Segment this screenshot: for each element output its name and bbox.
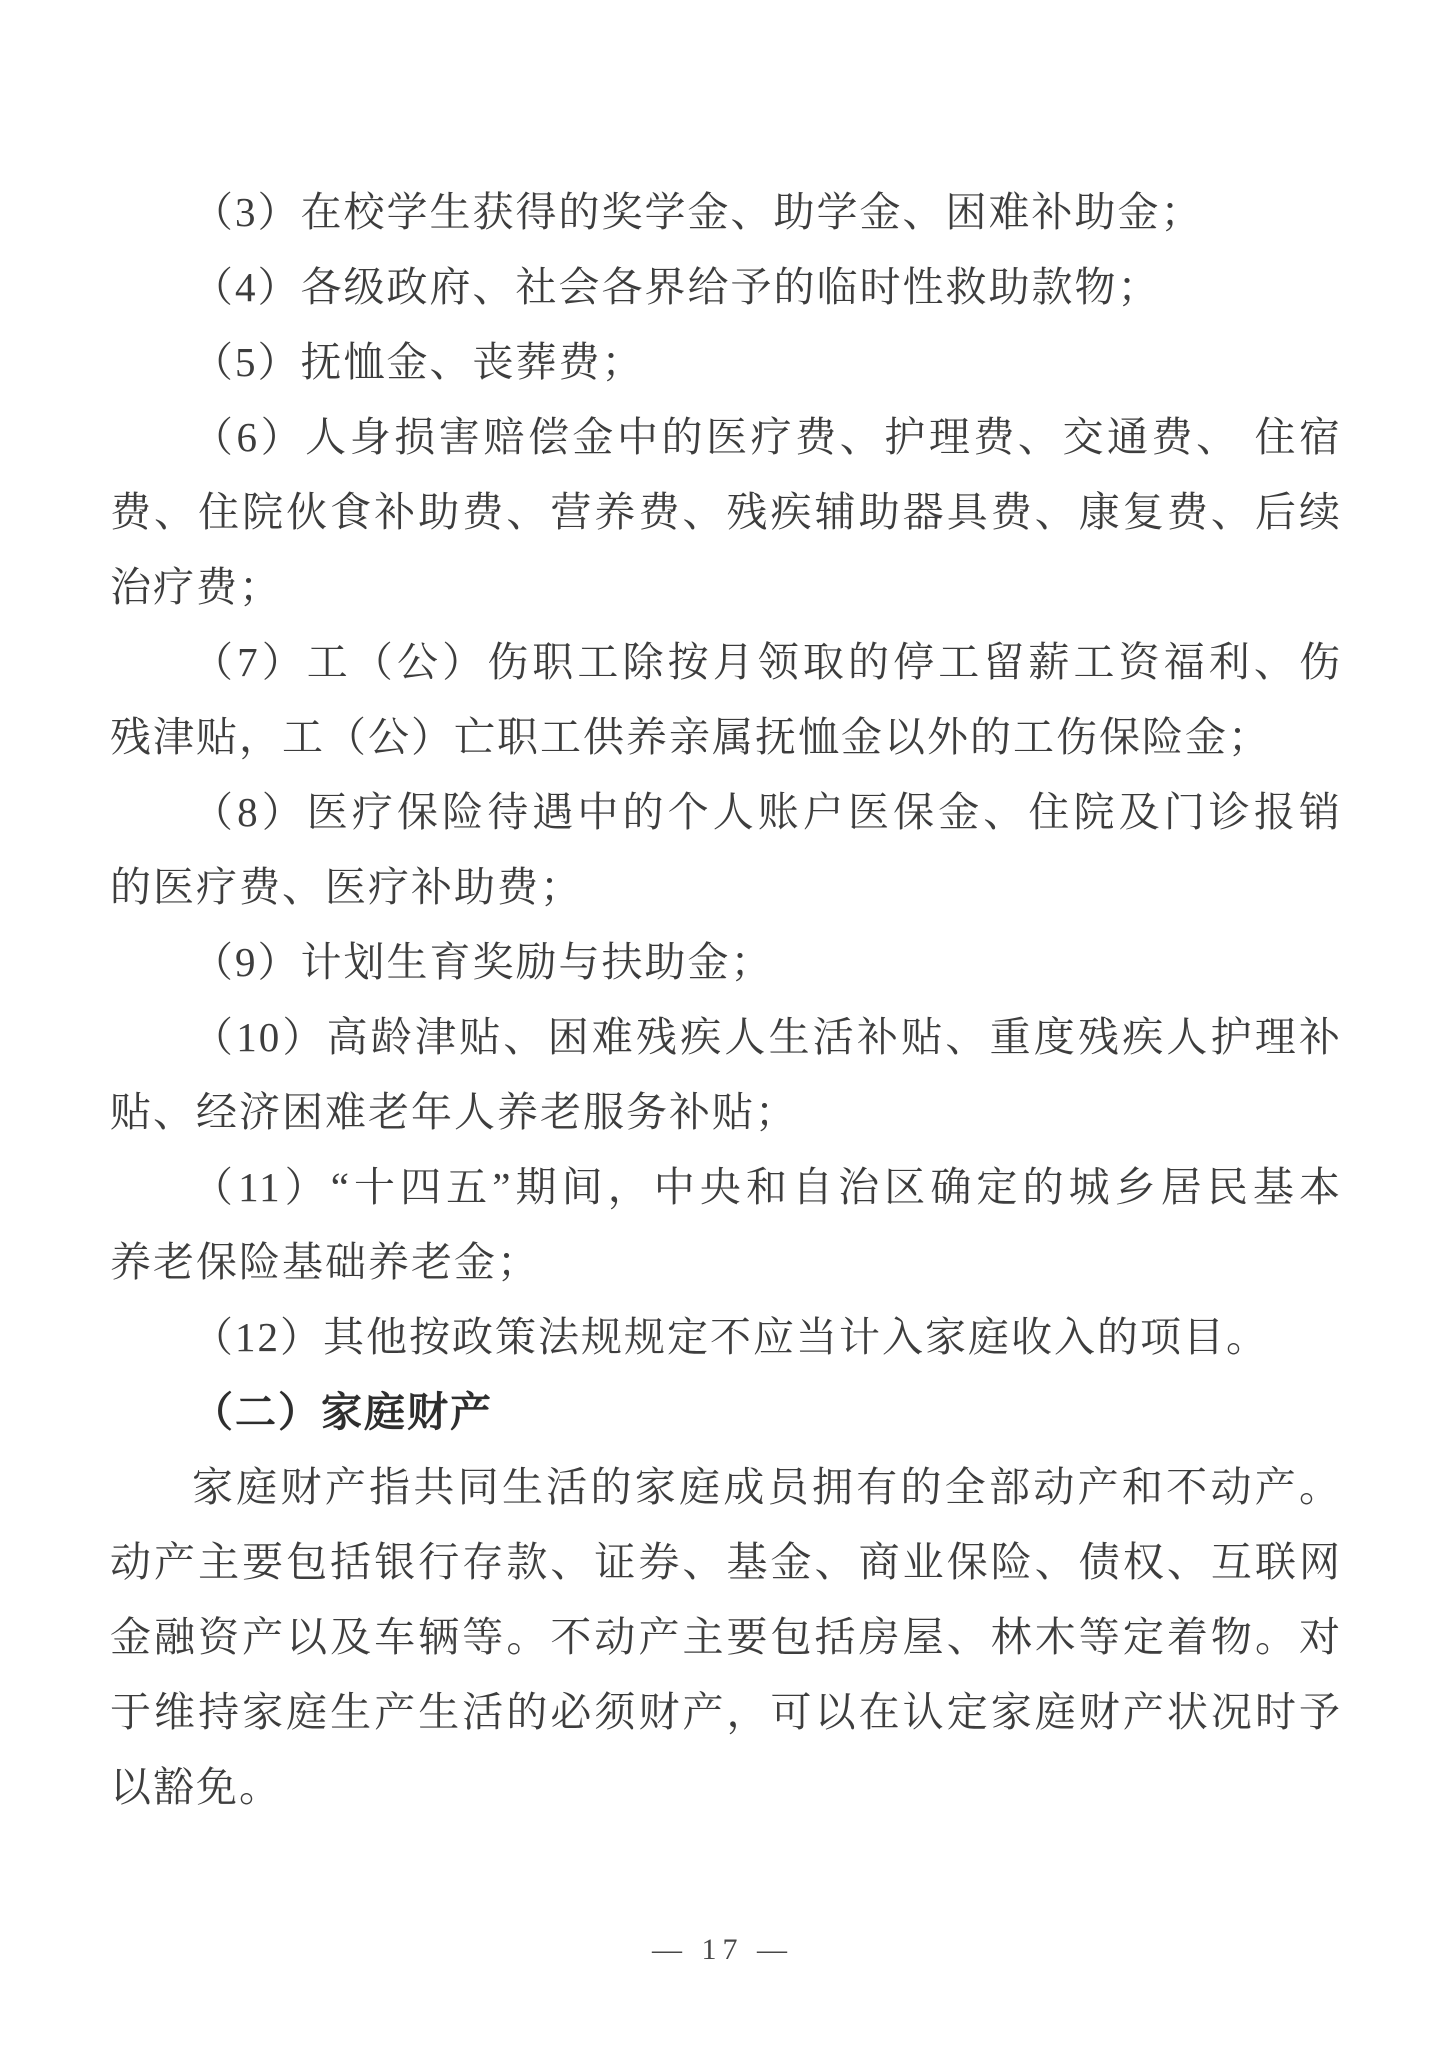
page-number: — 17 — (652, 1933, 793, 1966)
income-item-8-line-2: 的医疗费、医疗补助费； (110, 850, 1342, 925)
family-property-paragraph-line-1: 家庭财产指共同生活的家庭成员拥有的全部动产和不动产。 (110, 1450, 1342, 1525)
section-heading-family-property: （二）家庭财产 (110, 1375, 1342, 1450)
page-footer: — 17 — (0, 1928, 1445, 1972)
income-item-12: （12）其他按政策法规规定不应当计入家庭收入的项目。 (110, 1300, 1342, 1375)
document-body: （3）在校学生获得的奖学金、助学金、困难补助金； （4）各级政府、社会各界给予的… (110, 175, 1342, 1825)
income-item-10-line-2: 贴、经济困难老年人养老服务补贴； (110, 1075, 1342, 1150)
income-item-8-line-1: （8）医疗保险待遇中的个人账户医保金、住院及门诊报销 (110, 775, 1342, 850)
income-item-4: （4）各级政府、社会各界给予的临时性救助款物； (110, 250, 1342, 325)
income-item-10-line-1: （10）高龄津贴、困难残疾人生活补贴、重度残疾人护理补 (110, 1000, 1342, 1075)
income-item-11-line-1: （11）“十四五”期间，中央和自治区确定的城乡居民基本 (110, 1150, 1342, 1225)
income-item-6-line-2: 费、住院伙食补助费、营养费、残疾辅助器具费、康复费、后续 (110, 475, 1342, 550)
income-item-11-line-2: 养老保险基础养老金； (110, 1225, 1342, 1300)
income-item-6-line-3: 治疗费； (110, 550, 1342, 625)
family-property-paragraph-line-4: 于维持家庭生产生活的必须财产，可以在认定家庭财产状况时予 (110, 1675, 1342, 1750)
family-property-paragraph-line-3: 金融资产以及车辆等。不动产主要包括房屋、林木等定着物。对 (110, 1600, 1342, 1675)
family-property-paragraph-line-2: 动产主要包括银行存款、证券、基金、商业保险、债权、互联网 (110, 1525, 1342, 1600)
income-item-7-line-2: 残津贴，工（公）亡职工供养亲属抚恤金以外的工伤保险金； (110, 700, 1342, 775)
income-item-9: （9）计划生育奖励与扶助金； (110, 925, 1342, 1000)
income-item-3: （3）在校学生获得的奖学金、助学金、困难补助金； (110, 175, 1342, 250)
document-page: （3）在校学生获得的奖学金、助学金、困难补助金； （4）各级政府、社会各界给予的… (0, 0, 1445, 2061)
family-property-paragraph-line-5: 以豁免。 (110, 1750, 1342, 1825)
income-item-5: （5）抚恤金、丧葬费； (110, 325, 1342, 400)
income-item-7-line-1: （7）工（公）伤职工除按月领取的停工留薪工资福利、伤 (110, 625, 1342, 700)
income-item-6-line-1: （6）人身损害赔偿金中的医疗费、护理费、交通费、 住宿 (110, 400, 1342, 475)
